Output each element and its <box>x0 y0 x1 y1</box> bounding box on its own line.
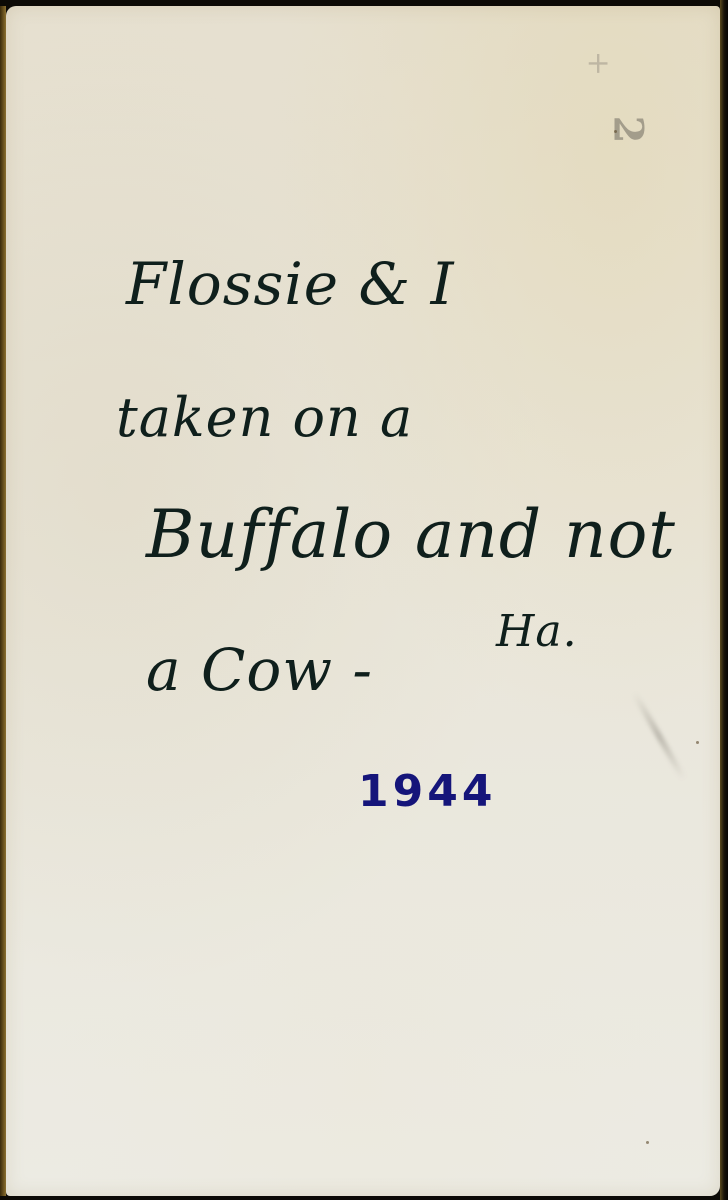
paper-speck <box>646 1141 649 1144</box>
pencil-page-number: 2 <box>604 116 651 144</box>
pencil-smudge <box>631 691 686 781</box>
paper-speck <box>614 130 617 133</box>
paper-speck <box>696 741 699 744</box>
inscription-aside: Ha. <box>496 606 578 657</box>
pencil-mark-top: + <box>581 51 616 76</box>
card-right-edge <box>720 0 728 1200</box>
photo-card-back: + 2 Flossie & I taken on a Buffalo and n… <box>6 6 720 1196</box>
scan-background: + 2 Flossie & I taken on a Buffalo and n… <box>0 0 728 1200</box>
inscription-line-2: taken on a <box>116 386 413 449</box>
inscription-line-1: Flossie & I <box>126 250 455 318</box>
inscription-line-4: a Cow - <box>146 636 373 704</box>
year-inscription: 1944 <box>358 766 496 817</box>
inscription-line-3: Buffalo and not <box>146 496 676 573</box>
